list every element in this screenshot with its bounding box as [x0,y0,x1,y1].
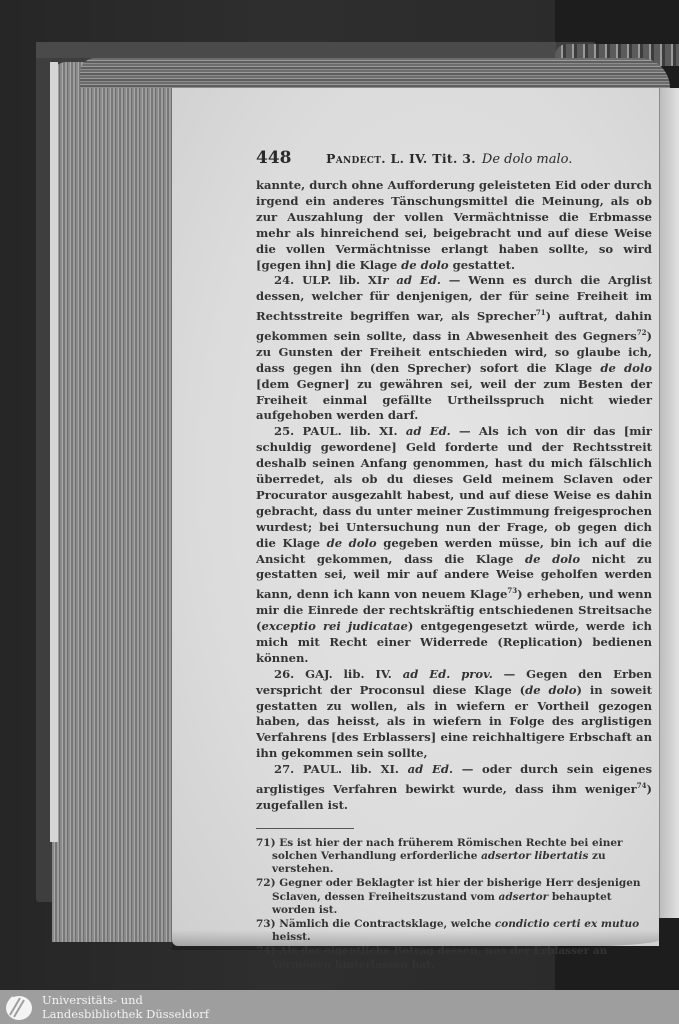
footnote-74: 74) Als der eigentliche Betrag dessen, w… [256,945,652,971]
page-edges-left [52,62,174,942]
page-edges-top [80,58,670,88]
paragraph-continuation: kannte, durch ohne Aufforderung geleiste… [256,178,652,273]
footnote-ref-71: 71 [536,308,546,317]
page-number: 448 [256,148,326,168]
body-text: kannte, durch ohne Aufforderung geleiste… [256,178,652,814]
library-footer-bar: Universitäts- und Landesbibliothek Düsse… [0,990,679,1024]
running-head-title: Pandect. L. IV. Tit. 3. [326,151,476,166]
facing-page-edge [659,88,679,918]
library-name-line1: Universitäts- und [42,993,209,1007]
library-name-line2: Landesbibliothek Düsseldorf [42,1007,209,1021]
running-head-book: L. IV. [391,151,428,166]
paragraph-27: 27. PAUL. lib. XI. ad Ed. — oder durch s… [256,762,652,814]
library-name: Universitäts- und Landesbibliothek Düsse… [42,993,209,1021]
running-head-italic: De dolo malo. [482,152,572,167]
running-head-tit: Tit. 3. [432,151,476,166]
page-text: 448 Pandect. L. IV. Tit. 3. De dolo malo… [256,148,652,973]
footnote-ref-73: 73 [507,586,517,595]
footnote-divider [256,828,354,829]
paragraph-26: 26. GAJ. lib. IV. ad Ed. prov. — Gegen d… [256,667,652,762]
footnote-73: 73) Nämlich die Contractsklage, welche c… [256,918,652,944]
book-logo-icon [4,993,34,1021]
footnotes: 71) Es ist hier der nach früherem Römisc… [256,837,652,972]
footnote-ref-72: 72 [637,328,647,337]
footnote-71: 71) Es ist hier der nach früherem Römisc… [256,837,652,877]
book-cover-top-edge [36,42,556,58]
running-head: 448 Pandect. L. IV. Tit. 3. De dolo malo… [256,148,652,168]
paragraph-24: 24. ULP. lib. XIr ad Ed. — Wenn es durch… [256,273,652,424]
paragraph-25: 25. PAUL. lib. XI. ad Ed. — Als ich von … [256,424,652,666]
running-head-prefix: Pandect. [326,151,386,166]
footnote-ref-74: 74 [637,781,647,790]
footnote-72: 72) Gegner oder Beklagter ist hier der b… [256,877,652,917]
